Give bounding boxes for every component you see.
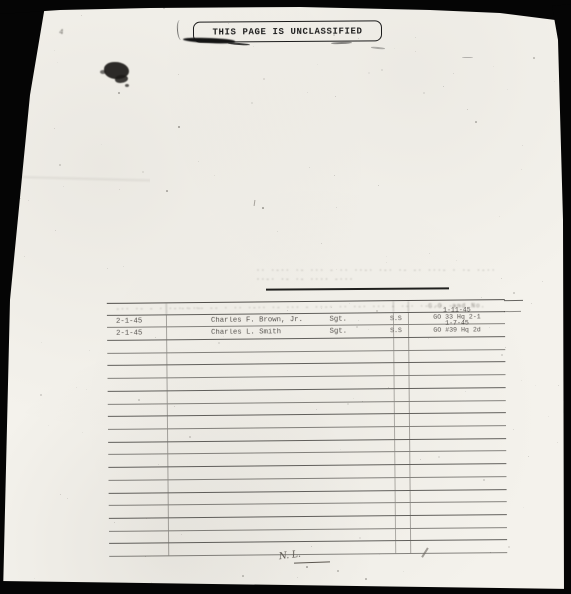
scan-speckle [334,175,335,176]
cell-date [109,531,169,543]
cell-award [394,376,410,388]
scan-speckle [0,144,1,145]
scan-speckle [123,266,124,267]
header-name: -· ·- -- · ·· ·-·· ·- ··· - ··-· ·· ·-· … [167,301,393,314]
scan-speckle [453,73,454,74]
scan-speckle [14,28,15,29]
scan-speckle [467,109,468,110]
cell-go-number [410,477,506,490]
cell-award [394,452,410,464]
scan-speckle [555,34,556,35]
stray-mark: 4 [58,29,63,38]
cell-date: 2-1-45 [107,315,167,327]
cell-name [168,478,394,492]
scan-speckle [557,442,558,443]
scan-speckle [513,292,515,294]
table-line-extension [504,300,523,301]
scan-speckle [345,0,346,1]
scan-speckle [535,385,536,386]
scan-speckle [337,570,339,572]
scan-speckle [381,69,383,71]
cell-award [395,541,411,553]
scan-speckle [54,128,55,129]
cell-go-number [410,426,506,439]
scan-speckle [107,268,108,269]
scan-speckle [34,0,35,1]
rank-text: Sgt. [330,326,348,338]
cell-award: S.S [393,325,409,337]
cell-date [107,340,167,352]
scan-speckle [57,62,58,63]
cell-name [168,414,394,428]
cell-name [168,376,394,390]
scan-speckle [386,262,387,263]
cell-award [395,529,411,541]
cell-date [108,442,168,454]
cell-date [108,455,168,467]
scan-speckle [178,74,179,75]
scan-speckle [336,207,337,208]
handwritten-initials: N. L. [278,550,301,563]
scan-speckle [456,260,457,261]
cell-name [167,338,393,352]
scan-speckle [531,303,532,304]
scan-speckle [321,243,322,244]
scan-speckle [475,121,477,123]
stray-dash-mark [331,42,352,45]
scan-speckle [521,169,522,170]
scan-speckle [163,7,165,9]
scan-speckle [403,571,404,572]
scan-speckle [423,92,425,94]
cell-go-number [410,388,506,401]
scan-speckle [508,546,510,548]
cell-date [109,518,169,530]
scan-speckle [262,207,264,209]
cell-award [395,503,411,515]
scan-speckle [119,189,120,190]
cell-go-number [411,515,507,528]
scan-speckle [54,50,55,51]
scan-speckle [151,582,152,583]
cell-name [169,503,395,517]
title-underline [266,287,449,290]
scan-speckle [55,230,56,231]
scan-speckle [82,432,83,433]
cell-go-number [411,528,507,541]
scan-speckle [178,126,180,128]
scan-speckle [542,281,543,282]
table-line-extension [504,311,521,312]
cell-name [168,465,394,479]
cell-go-number: 1-7-45GO #39 Hq 2d [409,324,505,337]
stray-bracket-mark [176,20,184,40]
cell-award [394,478,410,490]
scan-speckle [306,566,308,568]
cell-date [108,429,168,441]
scan-speckle [534,7,536,9]
scan-speckle [251,102,253,104]
cell-award [395,491,411,503]
cell-date [108,378,168,390]
ink-blot [125,84,129,87]
ink-blot [100,70,106,74]
cell-name [168,453,394,467]
cell-award [394,389,410,401]
cell-award [394,465,410,477]
scan-speckle [415,37,416,38]
scan-speckle [394,48,395,49]
cell-name [167,351,393,365]
scan-speckle [365,578,367,580]
ink-blot [115,75,128,83]
awards-table: -·· ·- - · ·-· -·--· ·- -- · ·· ·-·· ·- … [107,299,507,556]
stray-dash-mark [371,46,385,49]
scan-speckle [368,72,370,74]
cell-go-number [411,490,507,503]
name-text: Charles F. Brown, Jr. [167,314,303,327]
ink-smear-tail [228,42,250,46]
title-line-illegible: ··-· ·- ·- ···· -··· [256,276,456,283]
scan-speckle [499,216,500,217]
scan-speckle [528,456,529,457]
scan-speckle [221,5,222,6]
cell-date [109,506,169,518]
scan-speckle [443,86,444,87]
scan-speckle [20,198,21,199]
cell-date [108,404,168,416]
cell-go-number [410,451,506,464]
scan-speckle [242,575,244,577]
cell-award: S.S [393,313,409,325]
scan-speckle [335,96,336,97]
scan-speckle [297,577,298,578]
cell-go-number [409,350,505,363]
scan-speckle [24,256,25,257]
cell-award [394,427,410,439]
cell-go-number [410,439,506,452]
stray-dash-mark [462,57,473,58]
scan-speckle [253,46,254,47]
scan-speckle [523,507,524,508]
scan-speckle [86,389,87,390]
name-text: Charles L. Smith [167,326,281,339]
scan-speckle [59,164,61,166]
scan-speckle [309,167,310,168]
cell-award [394,440,410,452]
header-date: -·· ·- - · ·-· -·- [107,303,167,314]
scan-speckle [142,171,144,173]
cell-name [168,402,394,416]
cell-go-number [410,401,506,414]
rank-text: Sgt. [329,313,347,325]
scan-speckle [513,429,514,430]
scan-speckle [48,425,49,426]
cell-name [168,389,394,403]
cell-award [395,516,411,528]
scan-speckle [198,161,199,162]
scan-speckle [263,78,265,80]
cell-go-number [409,362,505,375]
scan-speckle [277,231,278,232]
cell-go-number [410,464,506,477]
table-row [109,541,507,558]
scan-speckle [507,89,508,90]
scan-speckle [101,144,102,145]
cell-go-number [411,502,507,515]
cell-go-number [410,375,506,388]
cell-name [169,491,395,505]
cell-go-number [409,337,505,350]
scan-speckle [558,385,559,386]
cell-award [393,338,409,350]
cell-date [107,366,167,378]
cell-date [109,493,169,505]
scan-speckle [521,380,522,381]
scan-speckle [386,256,387,257]
pencil-tick [254,200,256,206]
cell-award [393,363,409,375]
scan-speckle [548,416,549,417]
scan-speckle [481,297,482,298]
scan-speckle [214,175,215,176]
scan-speckle [41,342,42,343]
scan-speckle [41,584,42,585]
scan-speckle [63,186,64,187]
document-title-block: ·· ·-·· ·- ··· - ·· ··-· ·-· ·- -· ···- … [256,267,456,283]
cell-name [169,516,395,530]
scan-speckle [28,200,29,201]
cell-date [108,391,168,403]
paper-crease [0,174,150,183]
cell-name [168,427,394,441]
scan-speckle [415,51,416,52]
scan-speckle [118,92,120,94]
scan-speckle [429,253,430,254]
cell-date [108,467,168,479]
scan-speckle [76,387,77,388]
header-award [393,301,409,312]
scan-speckle [501,278,502,279]
scan-speckle [317,64,318,65]
cell-award [394,402,410,414]
scan-speckle [22,24,23,25]
cell-date [109,544,169,556]
cell-date: 2-1-45 [107,328,167,340]
cell-date [108,417,168,429]
scan-speckle [166,190,168,192]
cell-name: Charles F. Brown, Jr.Sgt. [167,313,393,327]
unclassified-stamp-text: THIS PAGE IS UNCLASSIFIED [212,26,362,37]
scan-speckle [533,57,535,59]
cell-name [168,440,394,454]
handwriting-underline [294,561,330,563]
scan-speckle [40,394,42,396]
scan-speckle [522,145,523,146]
scan-speckle [5,99,6,100]
title-line-illegible: ·· ·-·· ·- ··· - ·· ··-· ·-· ·- -· ···- … [256,267,456,274]
scan-speckle [307,92,308,93]
cell-go-number [410,413,506,426]
scanned-document-page: THIS PAGE IS UNCLASSIFIED 4 ·· ·-·· ·- ·… [0,0,571,594]
scan-speckle [554,81,555,82]
cell-date [107,353,167,365]
go-number: GO #39 Hq 2d [409,327,505,335]
scan-speckle [81,15,82,16]
go-lines: 1-7-45GO #39 Hq 2d [409,320,505,335]
cell-name [169,529,395,543]
cell-date [109,480,169,492]
cell-name [167,364,393,378]
scan-speckle [378,185,379,186]
scan-speckle [89,350,90,351]
scan-speckle [60,494,61,495]
cell-award [393,351,409,363]
scan-speckle [493,66,494,67]
scan-speckle [0,246,1,247]
cell-name: Charles L. SmithSgt. [167,325,393,339]
scan-speckle [67,498,68,499]
scan-speckle [34,578,35,579]
cell-award [394,414,410,426]
